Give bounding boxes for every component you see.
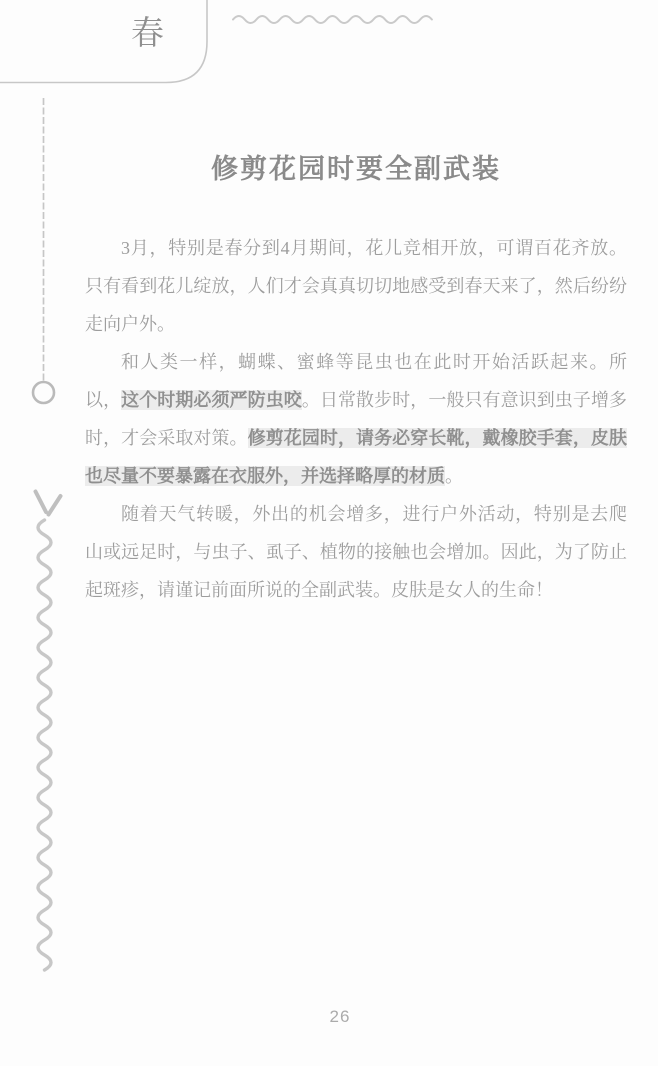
highlighted-phrase: 也尽量不要暴露在衣服外，并选择略厚的材质: [85, 466, 445, 486]
paragraph-1: 3月，特别是春分到4月期间，花儿竞相开放，可谓百花齐放。只有看到花儿绽放，人们才…: [85, 229, 627, 343]
text-run: 和人类一样，蝴蝶、蜜蜂等昆虫也在此时开始活跃起来。所: [121, 352, 627, 372]
highlighted-phrase: 这个时期必须严防虫咬: [121, 390, 302, 410]
highlighted-phrase: 修剪花园时，请务必穿长靴，戴橡胶手套，皮肤: [248, 428, 627, 448]
paragraph-3: 随着天气转暖，外出的机会增多，进行户外活动，特别是去爬山或远足时，与虫子、虱子、…: [85, 495, 627, 609]
text-line: 时，才会采取对策。修剪花园时，请务必穿长靴，戴橡胶手套，皮肤: [85, 419, 627, 457]
chapter-tab-spring: 春: [131, 14, 164, 52]
chain-end-circle-icon: [33, 382, 54, 403]
book-page: 春 修剪花园时要全副武装 3月，特别是春分到4月期间，花儿竞相开放，可谓百花齐放…: [0, 0, 658, 1066]
text-line: 也尽量不要暴露在衣服外，并选择略厚的材质。: [85, 457, 627, 495]
text-line: 3月，特别是春分到4月期间，花儿竞相开放，可谓百花齐放。: [85, 229, 627, 267]
text-run: 3月，特别是春分到4月期间，花儿竞相开放，可谓百花齐放。: [121, 238, 627, 258]
paragraph-2: 和人类一样，蝴蝶、蜜蜂等昆虫也在此时开始活跃起来。所以，这个时期必须严防虫咬。日…: [85, 343, 627, 495]
text-run: 以，: [85, 390, 121, 410]
page-title: 修剪花园时要全副武装: [85, 152, 627, 186]
text-run: 随着天气转暖，外出的机会增多，进行户外活动，特别是去爬: [121, 504, 627, 524]
text-run: 只有看到花儿绽放，人们才会真真切切地感受到春天来了，然后纷纷: [85, 276, 627, 296]
text-run: 。日常散步时，一般只有意识到虫子增多: [302, 390, 627, 410]
fork-left-arm-icon: [36, 492, 47, 513]
text-line: 山或远足时，与虫子、虱子、植物的接触也会增加。因此，为了防止: [85, 533, 627, 571]
left-squiggle-icon: [38, 520, 51, 970]
text-run: 山或远足时，与虫子、虱子、植物的接触也会增加。因此，为了防止: [85, 542, 627, 562]
body-text: 3月，特别是春分到4月期间，花儿竞相开放，可谓百花齐放。只有看到花儿绽放，人们才…: [85, 229, 627, 609]
top-squiggle-icon: [233, 16, 432, 23]
text-run: 起斑疹，请谨记前面所说的全副武装。皮肤是女人的生命！: [85, 580, 553, 600]
text-line: 随着天气转暖，外出的机会增多，进行户外活动，特别是去爬: [85, 495, 627, 533]
text-run: 。: [445, 466, 463, 486]
spring-tab-border-line: [0, 0, 207, 83]
page-number: 26: [0, 1007, 658, 1027]
text-line: 以，这个时期必须严防虫咬。日常散步时，一般只有意识到虫子增多: [85, 381, 627, 419]
text-run: 走向户外。: [85, 314, 175, 334]
text-line: 起斑疹，请谨记前面所说的全副武装。皮肤是女人的生命！: [85, 571, 627, 609]
text-line: 和人类一样，蝴蝶、蜜蜂等昆虫也在此时开始活跃起来。所: [85, 343, 627, 381]
text-run: 时，才会采取对策。: [85, 428, 248, 448]
fork-right-arm-icon: [49, 496, 61, 515]
text-line: 只有看到花儿绽放，人们才会真真切切地感受到春天来了，然后纷纷: [85, 267, 627, 305]
text-line: 走向户外。: [85, 305, 627, 343]
